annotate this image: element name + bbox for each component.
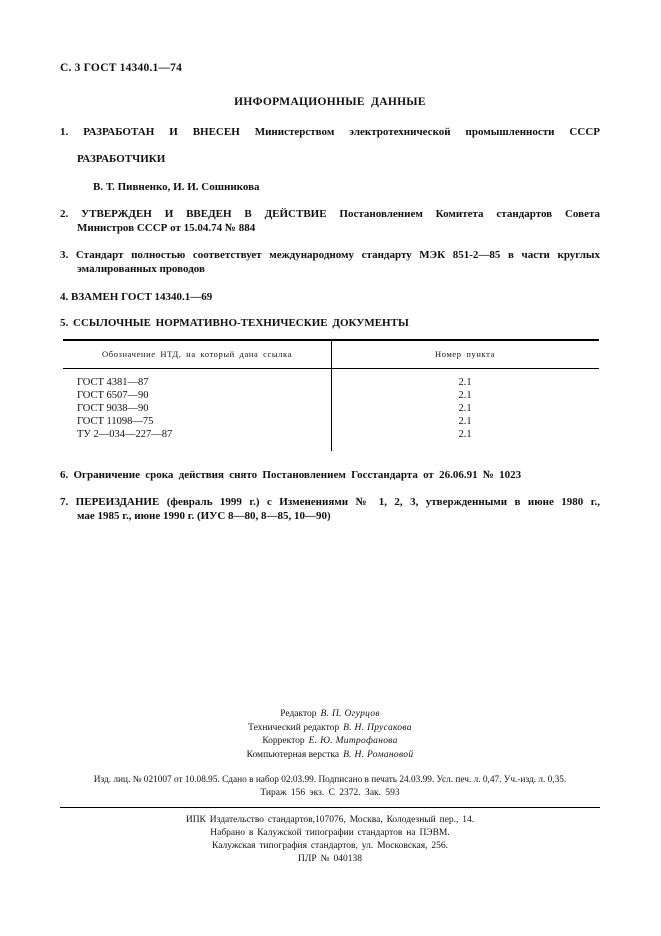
table-header-punkt: Номер пункта (331, 341, 599, 368)
table-cell-punkt: 2.1 (331, 428, 599, 441)
publisher-line-2: Набрано в Калужской типографии стандарто… (60, 827, 600, 840)
imprint-line-1: Изд. лиц. № 021007 от 10.08.95. Сдано в … (60, 774, 600, 787)
table-cell-punkt: 2.1 (331, 415, 599, 428)
publisher-line-4: ПЛР № 040138 (60, 853, 600, 866)
item-5: 5. ССЫЛОЧНЫЕ НОРМАТИВНО-ТЕХНИЧЕСКИЕ ДОКУ… (60, 316, 600, 330)
item-2: 2. УТВЕРЖДЕН И ВВЕДЕН В ДЕЙСТВИЕ Постано… (60, 207, 600, 235)
document-page: С. 3 ГОСТ 14340.1—74 ИНФОРМАЦИОННЫЕ ДАНН… (0, 0, 661, 936)
document-footer: РедакторВ. П. Огурцов Технический редакт… (60, 708, 600, 866)
item-7-line-1: 7. ПЕРЕИЗДАНИЕ (февраль 1999 г.) с Измен… (60, 495, 600, 509)
document-content: С. 3 ГОСТ 14340.1—74 ИНФОРМАЦИОННЫЕ ДАНН… (60, 61, 600, 523)
references-table: Обозначение НТД, на который дана ссылка … (63, 339, 599, 451)
item-2-line-2: Министров СССР от 15.04.74 № 884 (60, 221, 600, 235)
developers-heading: РАЗРАБОТЧИКИ (60, 152, 600, 166)
table-cell-ntd: ГОСТ 4381—87 (63, 376, 331, 389)
publisher-line-3: Калужская типография стандартов, ул. Мос… (60, 840, 600, 853)
credit-layout: Компьютерная версткаВ. Н. Романовой (60, 749, 600, 763)
credit-editor: РедакторВ. П. Огурцов (60, 708, 600, 722)
credit-tech-editor: Технический редакторВ. Н. Прусакова (60, 722, 600, 736)
credit-role: Редактор (280, 709, 316, 719)
credit-proofreader: КорректорЕ. Ю. Митрофанова (60, 735, 600, 749)
table-cell-punkt: 2.1 (331, 376, 599, 389)
table-cell-ntd: ТУ 2—034—227—87 (63, 428, 331, 441)
table-cell-punkt: 2.1 (331, 402, 599, 415)
page-header-gost-ref: С. 3 ГОСТ 14340.1—74 (60, 61, 600, 75)
credit-role: Компьютерная верстка (247, 750, 339, 760)
credit-role: Технический редактор (248, 723, 339, 733)
credit-role: Корректор (262, 736, 304, 746)
item-3-line-1: 3. Стандарт полностью соответствует межд… (60, 248, 600, 262)
table-cell-ntd: ГОСТ 9038—90 (63, 402, 331, 415)
table-cell-punkt: 2.1 (331, 389, 599, 402)
table-cell-ntd: ГОСТ 11098—75 (63, 415, 331, 428)
credit-name: В. Н. Романовой (343, 750, 413, 760)
item-6: 6. Ограничение срока действия снято Пост… (60, 468, 600, 482)
item-3-line-2: эмалированных проводов (60, 262, 600, 276)
credits-block: РедакторВ. П. Огурцов Технический редакт… (60, 708, 600, 762)
publisher-line-1: ИПК Издательство стандартов,107076, Моск… (60, 814, 600, 827)
item-1: 1. РАЗРАБОТАН И ВНЕСЕН Министерством эле… (60, 125, 600, 139)
credit-name: Е. Ю. Митрофанова (309, 736, 398, 746)
table-header-ntd: Обозначение НТД, на который дана ссылка (63, 341, 331, 368)
publisher-block: ИПК Издательство стандартов,107076, Моск… (60, 814, 600, 866)
item-4: 4. ВЗАМЕН ГОСТ 14340.1—69 (60, 290, 600, 304)
credit-name: В. Н. Прусакова (343, 723, 412, 733)
item-2-line-1: 2. УТВЕРЖДЕН И ВВЕДЕН В ДЕЙСТВИЕ Постано… (60, 207, 600, 221)
footer-divider (60, 807, 600, 808)
imprint-line-2: Тираж 156 экз. С 2372. Зак. 593 (60, 787, 600, 800)
table-column-divider (331, 341, 332, 451)
section-title: ИНФОРМАЦИОННЫЕ ДАННЫЕ (60, 95, 600, 109)
table-cell-ntd: ГОСТ 6507—90 (63, 389, 331, 402)
credit-name: В. П. Огурцов (321, 709, 380, 719)
developers-names: В. Т. Пивненко, И. И. Сошникова (60, 180, 600, 194)
item-7: 7. ПЕРЕИЗДАНИЕ (февраль 1999 г.) с Измен… (60, 495, 600, 523)
item-3: 3. Стандарт полностью соответствует межд… (60, 248, 600, 276)
item-7-line-2: мае 1985 г., июне 1990 г. (ИУС 8—80, 8—8… (60, 509, 600, 523)
